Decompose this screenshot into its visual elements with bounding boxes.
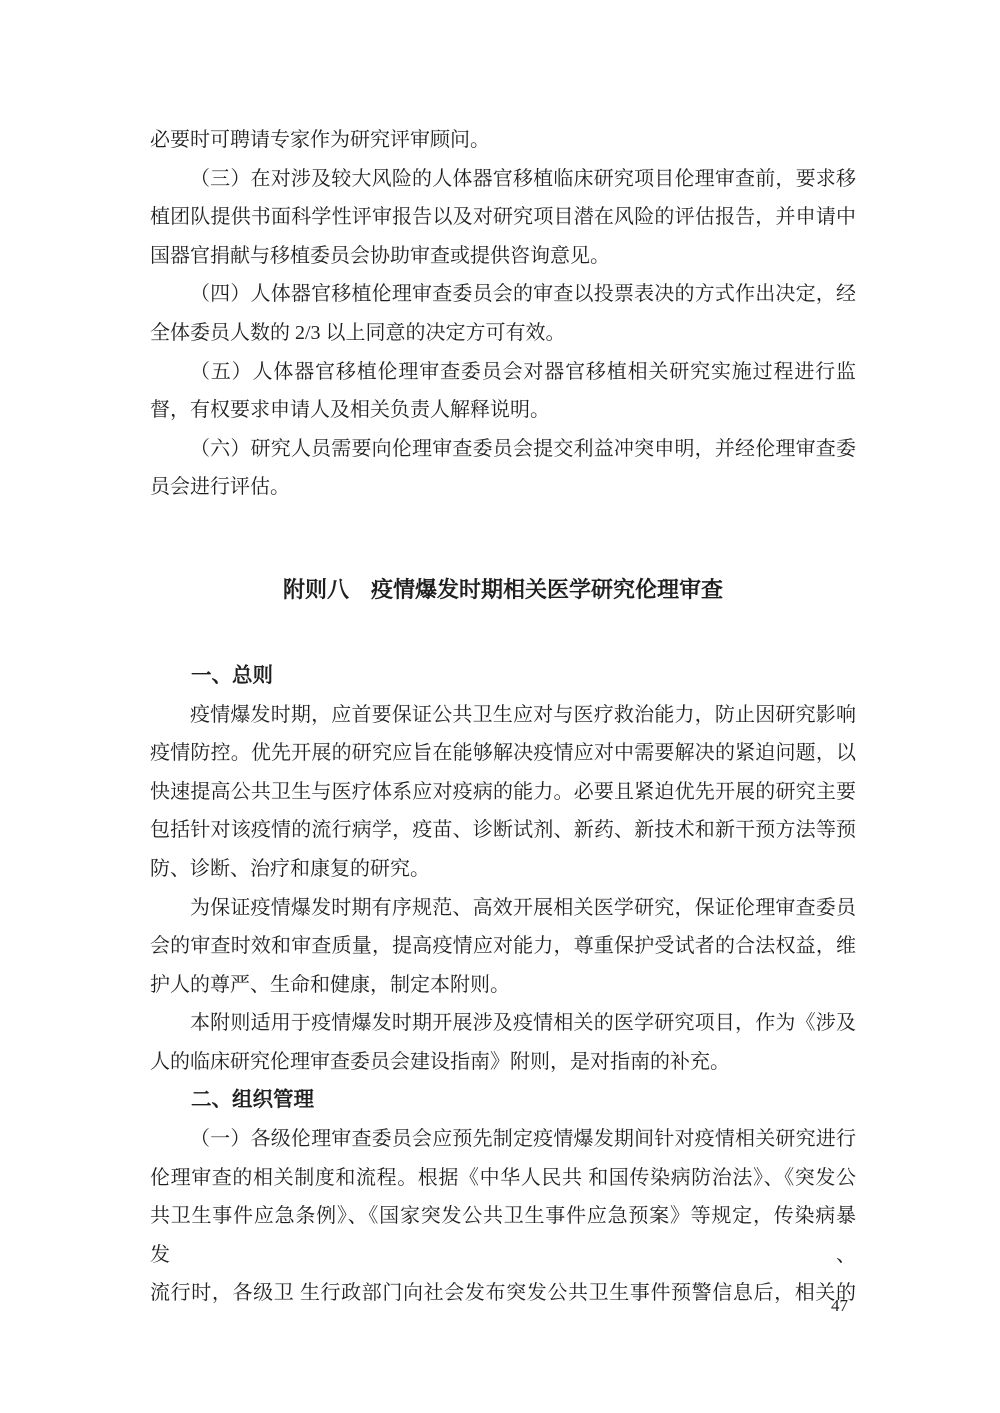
paragraph: （一）各级伦理审查委员会应预先制定疫情爆发期间针对疫情相关研究进行伦理审查的相关… bbox=[150, 1120, 856, 1313]
text-line: 人的临床研究伦理审查委员会建设指南》附则，是对指南的补充。 bbox=[150, 1043, 856, 1082]
paragraph: （五）人体器官移植伦理审查委员会对器官移植相关研究实施过程进行监督，有权要求申请… bbox=[150, 353, 856, 430]
subheading: 一、总则 bbox=[150, 657, 856, 696]
text-line: 二、组织管理 bbox=[150, 1081, 856, 1120]
text-line: 疫情爆发时期，应首要保证公共卫生应对与医疗救治能力，防止因研究影响 bbox=[150, 696, 856, 735]
paragraph: 疫情爆发时期，应首要保证公共卫生应对与医疗救治能力，防止因研究影响疫情防控。优先… bbox=[150, 696, 856, 889]
text-line: （五）人体器官移植伦理审查委员会对器官移植相关研究实施过程进行监 bbox=[150, 353, 856, 392]
text-line: 流行时，各级卫 生行政部门向社会发布突发公共卫生事件预警信息后，相关的 bbox=[150, 1274, 856, 1313]
text-line: （四）人体器官移植伦理审查委员会的审查以投票表决的方式作出决定，经 bbox=[150, 275, 856, 314]
paragraph: 必要时可聘请专家作为研究评审顾问。 bbox=[150, 121, 856, 160]
subheading: 二、组织管理 bbox=[150, 1081, 856, 1120]
text-line: 包括针对该疫情的流行病学，疫苗、诊断试剂、新药、新技术和新干预方法等预 bbox=[150, 811, 856, 850]
text-line: 伦理审查的相关制度和流程。根据《中华人民共 和国传染病防治法》、《突发公 bbox=[150, 1159, 856, 1198]
text-line: 防、诊断、治疗和康复的研究。 bbox=[150, 850, 856, 889]
text-line: 会的审查时效和审查质量，提高疫情应对能力，尊重保护受试者的合法权益，维 bbox=[150, 927, 856, 966]
text-line: 本附则适用于疫情爆发时期开展涉及疫情相关的医学研究项目，作为《涉及 bbox=[150, 1004, 856, 1043]
text-line: 疫情防控。优先开展的研究应旨在能够解决疫情应对中需要解决的紧迫问题，以 bbox=[150, 734, 856, 773]
document-body: 必要时可聘请专家作为研究评审顾问。（三）在对涉及较大风险的人体器官移植临床研究项… bbox=[150, 121, 856, 1313]
text-line: 植团队提供书面科学性评审报告以及对研究项目潜在风险的评估报告，并申请中 bbox=[150, 198, 856, 237]
section-title: 附则八 疫情爆发时期相关医学研究伦理审查 bbox=[150, 570, 856, 610]
text-line: 附则八 疫情爆发时期相关医学研究伦理审查 bbox=[150, 570, 856, 610]
text-line: （六）研究人员需要向伦理审查委员会提交利益冲突申明，并经伦理审查委 bbox=[150, 430, 856, 469]
text-line: 为保证疫情爆发时期有序规范、高效开展相关医学研究，保证伦理审查委员 bbox=[150, 889, 856, 928]
paragraph: （四）人体器官移植伦理审查委员会的审查以投票表决的方式作出决定，经全体委员人数的… bbox=[150, 275, 856, 352]
text-line: 全体委员人数的 2/3 以上同意的决定方可有效。 bbox=[150, 314, 856, 353]
document-page: 必要时可聘请专家作为研究评审顾问。（三）在对涉及较大风险的人体器官移植临床研究项… bbox=[0, 0, 1000, 1413]
paragraph: 本附则适用于疫情爆发时期开展涉及疫情相关的医学研究项目，作为《涉及人的临床研究伦… bbox=[150, 1004, 856, 1081]
text-line: 国器官捐献与移植委员会协助审查或提供咨询意见。 bbox=[150, 237, 856, 276]
page-number: 47 bbox=[831, 1296, 848, 1316]
paragraph: 为保证疫情爆发时期有序规范、高效开展相关医学研究，保证伦理审查委员会的审查时效和… bbox=[150, 889, 856, 1005]
text-line: 快速提高公共卫生与医疗体系应对疫病的能力。必要且紧迫优先开展的研究主要 bbox=[150, 773, 856, 812]
text-line: （三）在对涉及较大风险的人体器官移植临床研究项目伦理审查前，要求移 bbox=[150, 160, 856, 199]
text-line: 共卫生事件应急条例》、《国家突发公共卫生事件应急预案》等规定，传染病暴发、 bbox=[150, 1197, 856, 1274]
paragraph: （六）研究人员需要向伦理审查委员会提交利益冲突申明，并经伦理审查委员会进行评估。 bbox=[150, 430, 856, 507]
paragraph: （三）在对涉及较大风险的人体器官移植临床研究项目伦理审查前，要求移植团队提供书面… bbox=[150, 160, 856, 276]
text-line: 员会进行评估。 bbox=[150, 468, 856, 507]
text-line: （一）各级伦理审查委员会应预先制定疫情爆发期间针对疫情相关研究进行 bbox=[150, 1120, 856, 1159]
text-line: 护人的尊严、生命和健康，制定本附则。 bbox=[150, 966, 856, 1005]
text-line: 必要时可聘请专家作为研究评审顾问。 bbox=[150, 121, 856, 160]
text-line: 督，有权要求申请人及相关负责人解释说明。 bbox=[150, 391, 856, 430]
text-line: 一、总则 bbox=[150, 657, 856, 696]
